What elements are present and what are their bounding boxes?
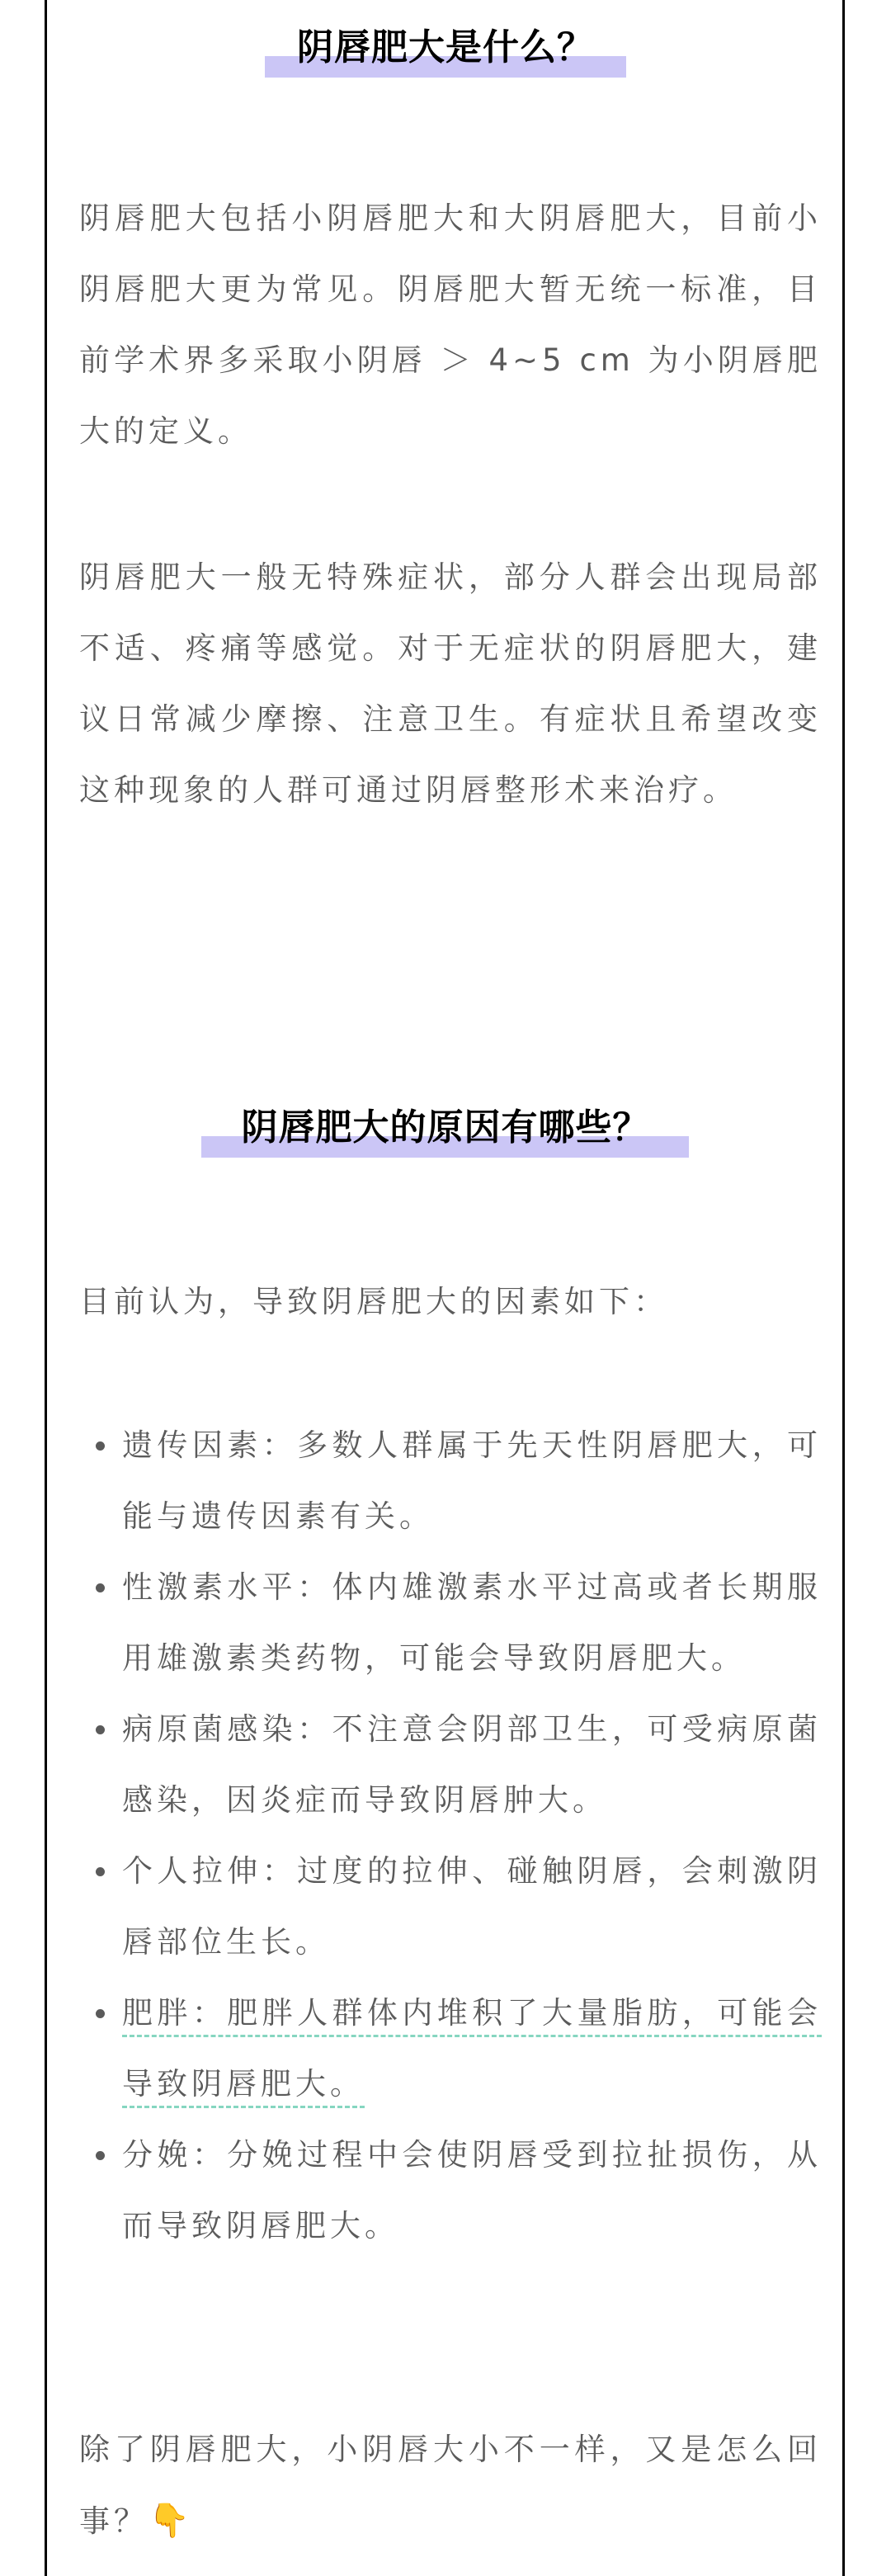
heading-text: 阴唇肥大是什么？	[0, 23, 891, 73]
paragraph-definition: 阴唇肥大包括小阴唇肥大和大阴唇肥大，目前小阴唇肥大更为常见。阴唇肥大暂无统一标准…	[79, 183, 822, 467]
paragraph-intro: 目前认为，导致阴唇肥大的因素如下：	[79, 1267, 822, 1338]
bullet-icon	[96, 2151, 105, 2160]
bullet-icon	[96, 2009, 105, 2018]
section-heading-what: 阴唇肥大是什么？	[0, 23, 891, 73]
heading-text: 阴唇肥大的原因有哪些？	[0, 1103, 891, 1153]
bullet-icon	[96, 1583, 105, 1592]
list-item: 个人拉伸：过度的拉伸、碰触阴唇，会刺激阴唇部位生长。	[79, 1836, 822, 1978]
bullet-icon	[96, 1725, 105, 1734]
dashed-underlined-text: 肥胖：肥胖人群体内堆积了大量脂肪，可能会导致阴唇肥大。	[122, 1995, 822, 2102]
causes-list: 遗传因素：多数人群属于先天性阴唇肥大，可能与遗传因素有关。 性激素水平：体内雄激…	[79, 1410, 822, 2262]
paragraph-closing: 除了阴唇肥大，小阴唇大小不一样，又是怎么回事？👇	[79, 2414, 822, 2557]
list-item: 遗传因素：多数人群属于先天性阴唇肥大，可能与遗传因素有关。	[79, 1410, 822, 1552]
bullet-icon	[96, 1867, 105, 1876]
section-heading-causes: 阴唇肥大的原因有哪些？	[0, 1103, 891, 1153]
paragraph-symptoms: 阴唇肥大一般无特殊症状，部分人群会出现局部不适、疼痛等感觉。对于无症状的阴唇肥大…	[79, 542, 822, 826]
list-item: 性激素水平：体内雄激素水平过高或者长期服用雄激素类药物，可能会导致阴唇肥大。	[79, 1552, 822, 1694]
pointing-down-icon: 👇	[148, 2485, 194, 2556]
list-item: 肥胖：肥胖人群体内堆积了大量脂肪，可能会导致阴唇肥大。	[79, 1978, 822, 2120]
bullet-icon	[96, 1441, 105, 1451]
list-item: 分娩：分娩过程中会使阴唇受到拉扯损伤，从而导致阴唇肥大。	[79, 2120, 822, 2262]
list-item: 病原菌感染：不注意会阴部卫生，可受病原菌感染，因炎症而导致阴唇肿大。	[79, 1694, 822, 1836]
